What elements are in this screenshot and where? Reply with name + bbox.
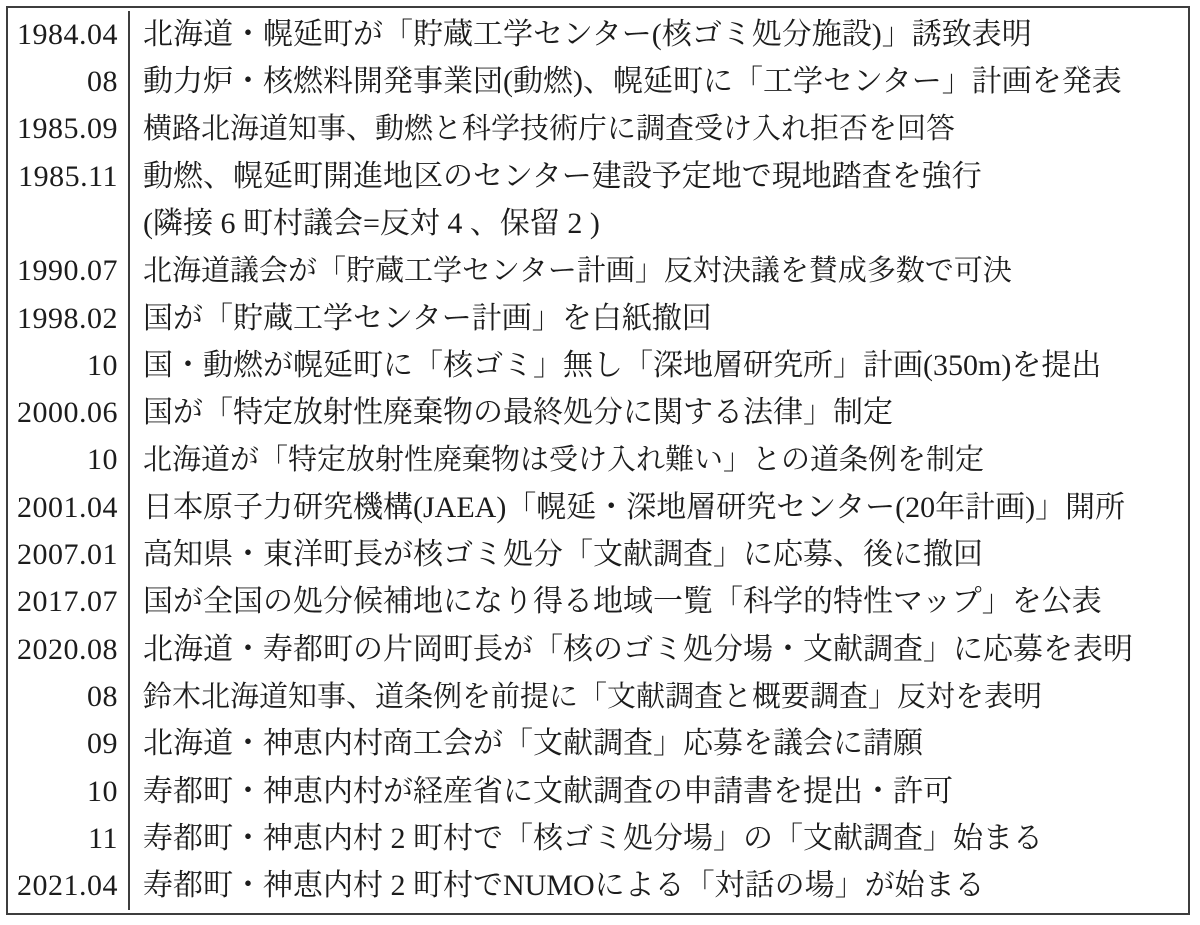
table-row: 10 寿都町・神恵内村が経産省に文献調査の申請書を提出・許可 — [8, 768, 1188, 815]
timeline-table: 1984.04 北海道・幌延町が「貯蔵工学センター(核ゴミ処分施設)」誘致表明 … — [6, 6, 1190, 915]
date-cell: 1985.11 — [8, 153, 130, 200]
table-row: 11 寿都町・神恵内村 2 町村で「核ゴミ処分場」の「文献調査」始まる — [8, 815, 1188, 862]
date-cell: 2020.08 — [8, 626, 130, 673]
event-text: 高知県・東洋町長が核ゴミ処分「文献調査」に応募、後に撤回 — [130, 540, 1188, 570]
event-text: 日本原子力研究機構(JAEA)「幌延・深地層研究センター(20年計画)」開所 — [130, 493, 1188, 523]
date-cell: 1998.02 — [8, 295, 130, 342]
event-text: 国が「貯蔵工学センター計画」を白紙撤回 — [130, 304, 1188, 334]
event-text: 鈴木北海道知事、道条例を前提に「文献調査と概要調査」反対を表明 — [130, 683, 1188, 712]
table-row: 10 北海道が「特定放射性廃棄物は受け入れ難い」との道条例を制定 — [8, 437, 1188, 484]
event-text: 北海道・神恵内村商工会が「文献調査」応募を議会に請願 — [130, 729, 1188, 759]
event-text: 国・動燃が幌延町に「核ゴミ」無し「深地層研究所」計画(350m)を提出 — [130, 351, 1188, 381]
date-cell — [8, 200, 130, 247]
event-text: 北海道が「特定放射性廃棄物は受け入れ難い」との道条例を制定 — [130, 446, 1188, 475]
table-row: 09 北海道・神恵内村商工会が「文献調査」応募を議会に請願 — [8, 721, 1188, 768]
event-text: 北海道議会が「貯蔵工学センター計画」反対決議を賛成多数で可決 — [130, 257, 1188, 286]
table-row: 1984.04 北海道・幌延町が「貯蔵工学センター(核ゴミ処分施設)」誘致表明 — [8, 11, 1188, 58]
date-cell: 2021.04 — [8, 863, 130, 910]
table-row: 08 鈴木北海道知事、道条例を前提に「文献調査と概要調査」反対を表明 — [8, 673, 1188, 720]
date-cell: 10 — [8, 342, 130, 389]
date-cell: 09 — [8, 721, 130, 768]
date-cell: 1990.07 — [8, 248, 130, 295]
date-cell: 2007.01 — [8, 531, 130, 578]
table-row: 2001.04 日本原子力研究機構(JAEA)「幌延・深地層研究センター(20年… — [8, 484, 1188, 531]
table-row: 2017.07 国が全国の処分候補地になり得る地域一覧「科学的特性マップ」を公表 — [8, 579, 1188, 626]
table-row: (隣接 6 町村議会=反対 4 、保留 2 ) — [8, 200, 1188, 247]
event-text: 横路北海道知事、動燃と科学技術庁に調査受け入れ拒否を回答 — [130, 115, 1188, 144]
table-row: 1985.11 動燃、幌延町開進地区のセンター建設予定地で現地踏査を強行 — [8, 153, 1188, 200]
table-row: 1985.09 横路北海道知事、動燃と科学技術庁に調査受け入れ拒否を回答 — [8, 106, 1188, 153]
event-text: 寿都町・神恵内村 2 町村でNUMOによる「対話の場」が始まる — [130, 871, 1188, 901]
table-row: 1990.07 北海道議会が「貯蔵工学センター計画」反対決議を賛成多数で可決 — [8, 248, 1188, 295]
event-text: 動燃、幌延町開進地区のセンター建設予定地で現地踏査を強行 — [130, 162, 1188, 192]
date-cell: 2000.06 — [8, 390, 130, 437]
table-row: 2020.08 北海道・寿都町の片岡町長が「核のゴミ処分場・文献調査」に応募を表… — [8, 626, 1188, 673]
event-text: 寿都町・神恵内村が経産省に文献調査の申請書を提出・許可 — [130, 777, 1188, 807]
table-row: 2000.06 国が「特定放射性廃棄物の最終処分に関する法律」制定 — [8, 390, 1188, 437]
date-cell: 1984.04 — [8, 11, 130, 58]
date-cell: 08 — [8, 673, 130, 720]
event-text: 動力炉・核燃料開発事業団(動燃)、幌延町に「工学センター」計画を発表 — [130, 67, 1188, 97]
date-cell: 1985.09 — [8, 106, 130, 153]
date-cell: 10 — [8, 437, 130, 484]
table-row: 2021.04 寿都町・神恵内村 2 町村でNUMOによる「対話の場」が始まる — [8, 863, 1188, 910]
table-row: 2007.01 高知県・東洋町長が核ゴミ処分「文献調査」に応募、後に撤回 — [8, 531, 1188, 578]
event-text: 北海道・幌延町が「貯蔵工学センター(核ゴミ処分施設)」誘致表明 — [130, 20, 1188, 50]
table-row: 10 国・動燃が幌延町に「核ゴミ」無し「深地層研究所」計画(350m)を提出 — [8, 342, 1188, 389]
date-cell: 2001.04 — [8, 484, 130, 531]
event-text: 国が全国の処分候補地になり得る地域一覧「科学的特性マップ」を公表 — [130, 587, 1188, 617]
event-text: 国が「特定放射性廃棄物の最終処分に関する法律」制定 — [130, 398, 1188, 428]
table-row: 1998.02 国が「貯蔵工学センター計画」を白紙撤回 — [8, 295, 1188, 342]
event-text: 北海道・寿都町の片岡町長が「核のゴミ処分場・文献調査」に応募を表明 — [130, 635, 1188, 665]
date-cell: 11 — [8, 815, 130, 862]
date-cell: 2017.07 — [8, 579, 130, 626]
table-row: 08 動力炉・核燃料開発事業団(動燃)、幌延町に「工学センター」計画を発表 — [8, 58, 1188, 105]
date-cell: 08 — [8, 58, 130, 105]
date-cell: 10 — [8, 768, 130, 815]
event-text: 寿都町・神恵内村 2 町村で「核ゴミ処分場」の「文献調査」始まる — [130, 824, 1188, 854]
event-text: (隣接 6 町村議会=反対 4 、保留 2 ) — [130, 209, 1188, 239]
